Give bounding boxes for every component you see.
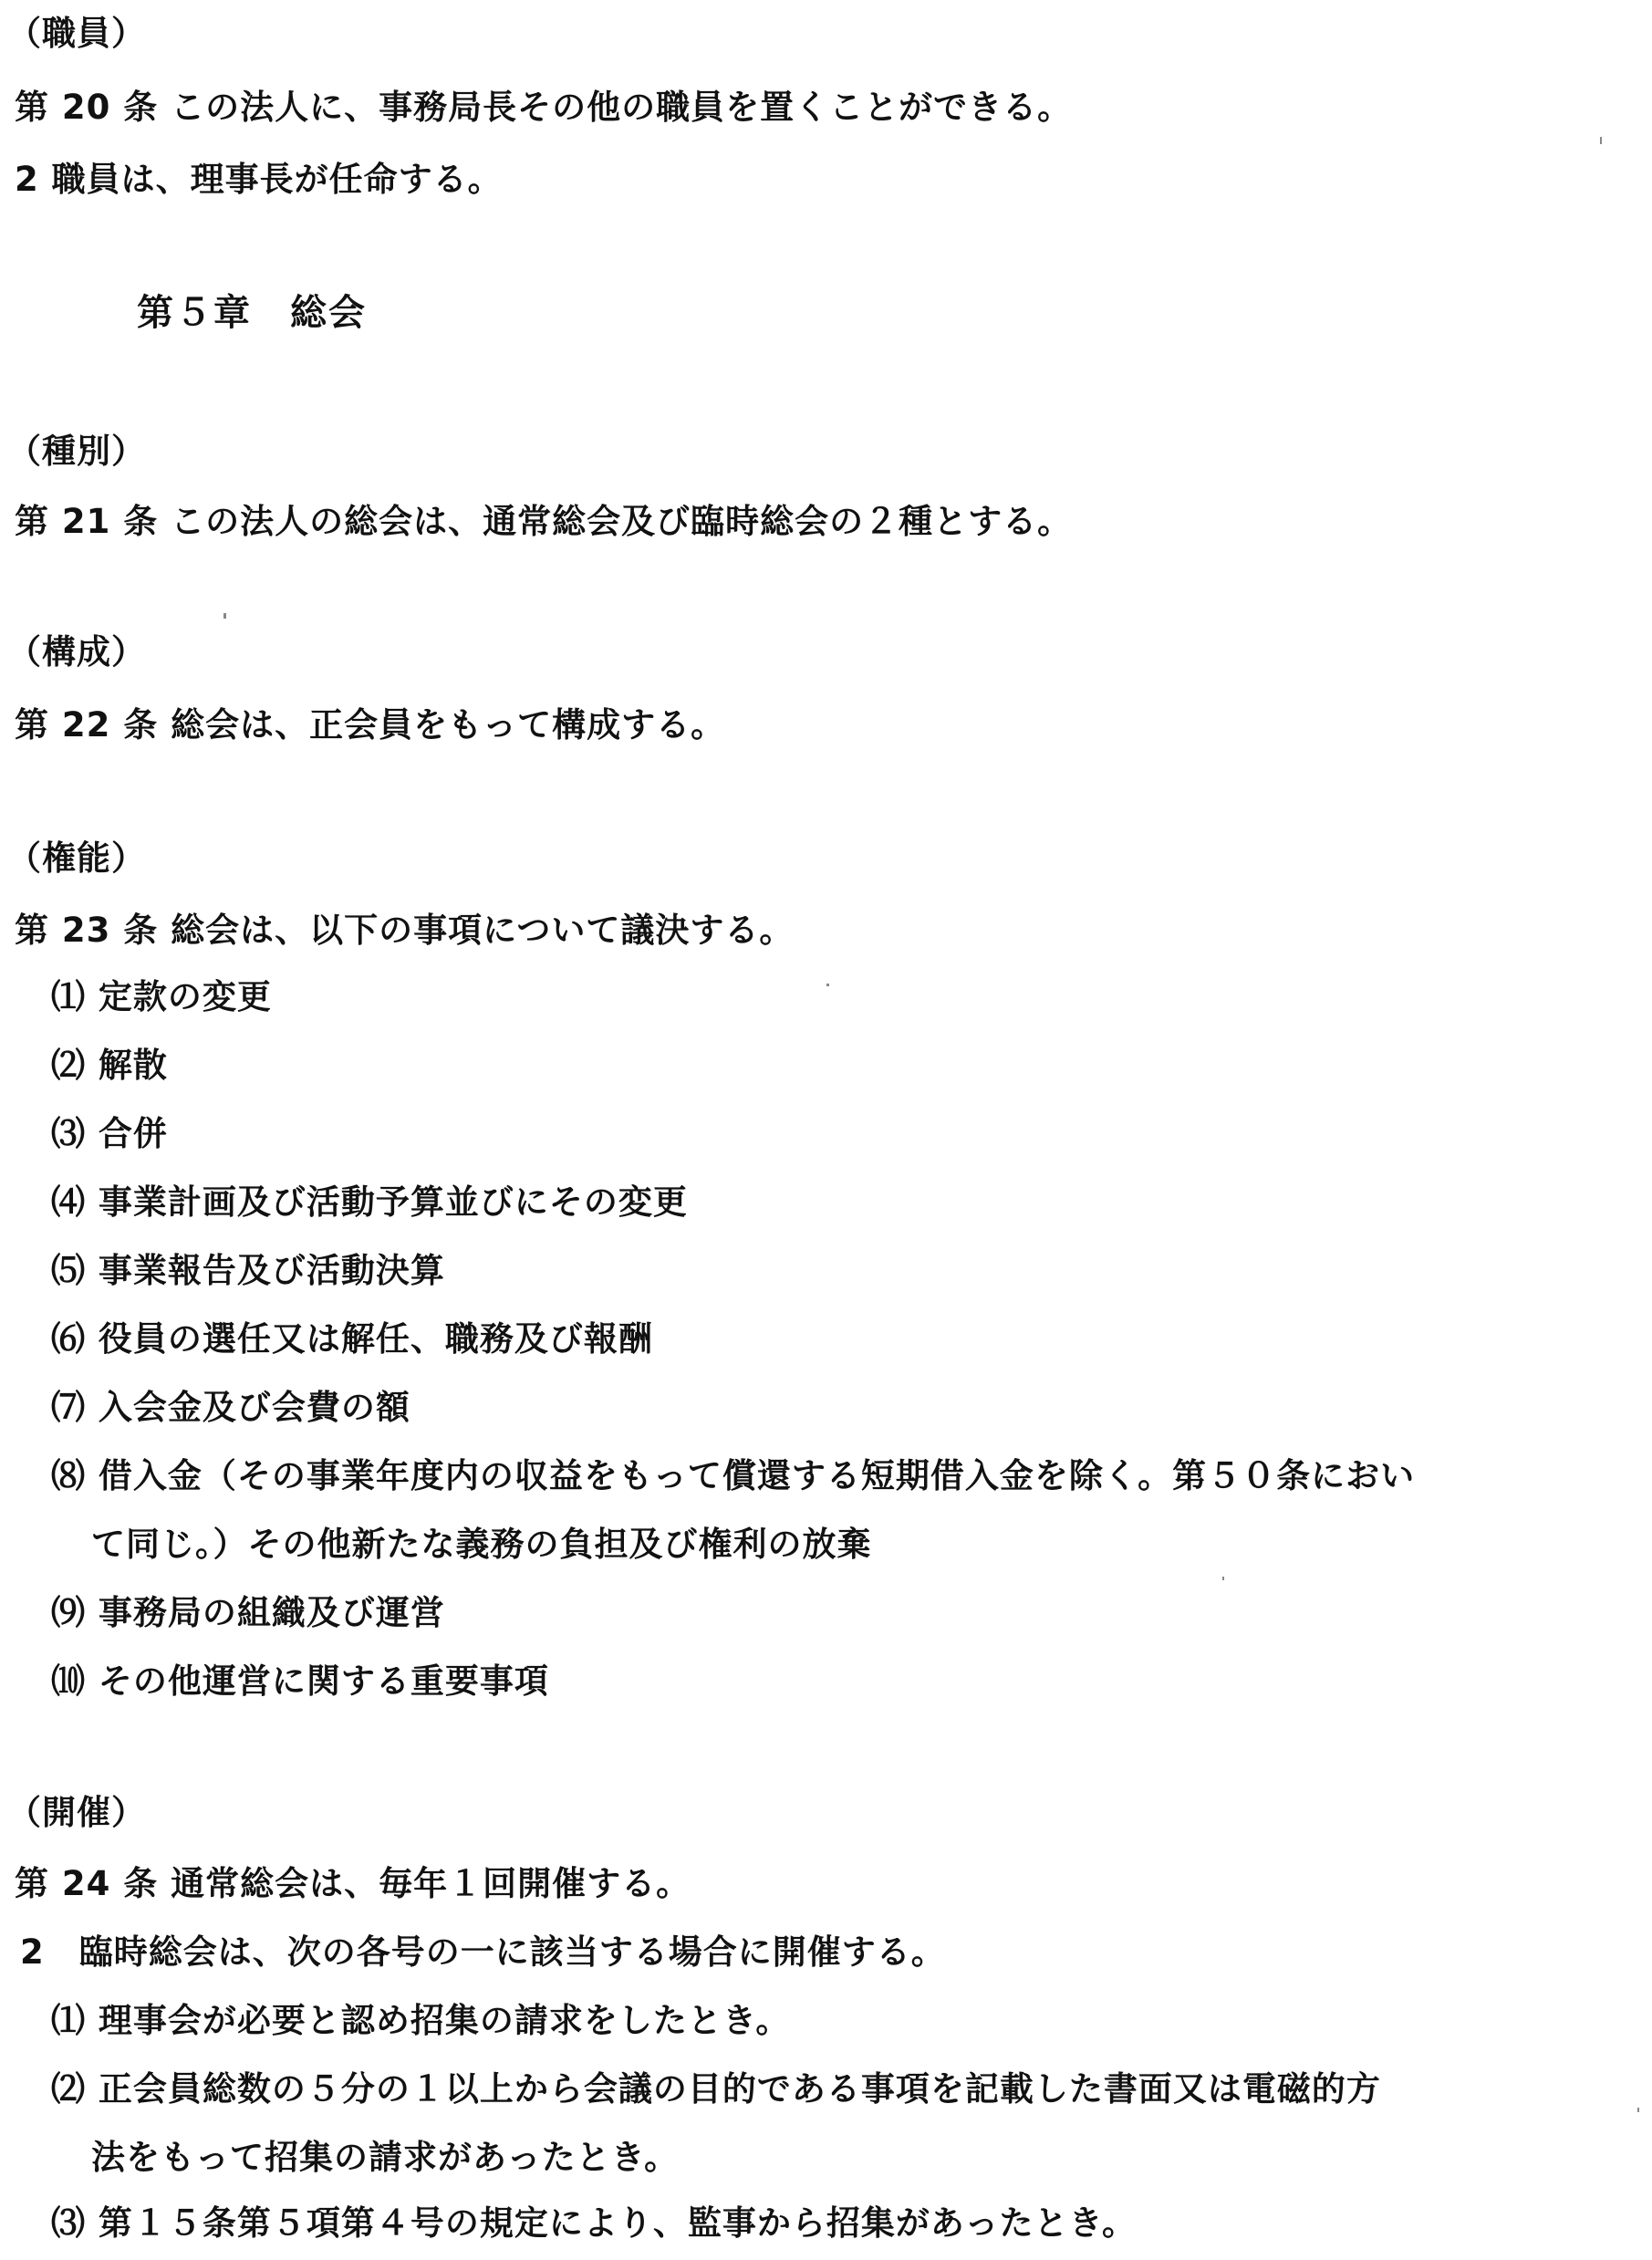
doc-line-caption: （構成） (7, 630, 146, 675)
doc-line-item: ⑸ 事業報告及び活動決算 (51, 1248, 445, 1294)
scan-speck (1637, 2108, 1639, 2112)
doc-line-item-cont: 法をもって招集の請求があったとき。 (91, 2135, 679, 2181)
doc-line-item: ⑴ 定款の変更 (51, 974, 272, 1020)
doc-line-paragraph: 2 臨時総会は、次の各号の一に該当する場合に開催する。 (20, 1930, 946, 1975)
doc-line-item: ⑵ 解散 (51, 1043, 168, 1088)
doc-line-chapter: 第５章 総会 (137, 290, 367, 336)
scan-speck (223, 613, 226, 619)
doc-line-article: 第 21 条 この法人の総会は、通常総会及び臨時総会の２種とする。 (15, 499, 1072, 545)
scan-speck (826, 984, 829, 986)
doc-line-caption: （職員） (7, 11, 146, 57)
doc-line-item: ⑺ 入会金及び会費の額 (51, 1385, 410, 1431)
doc-line-item: ⑹ 役員の選任又は解任、職務及び報酬 (51, 1317, 653, 1362)
doc-line-item: ⑶ 合併 (51, 1111, 168, 1157)
doc-line-caption: （開催） (7, 1790, 146, 1836)
doc-line-item: ⑻ 借入金（その事業年度内の収益をもって償還する短期借入金を除く。第５０条におい (51, 1453, 1415, 1499)
doc-line-item: ⑽ その他運営に関する重要事項 (51, 1659, 549, 1704)
doc-line-item: ⑵ 正会員総数の５分の１以上から会議の目的である事項を記載した書面又は電磁的方 (51, 2067, 1381, 2112)
doc-line-item-cont: て同じ。）その他新たな義務の負担及び権利の放棄 (91, 1522, 872, 1567)
doc-line-paragraph: 2 職員は、理事長が任命する。 (15, 157, 503, 203)
doc-line-article: 第 24 条 通常総会は、毎年１回開催する。 (15, 1861, 691, 1907)
doc-line-item: ⑷ 事業計画及び活動予算並びにその変更 (51, 1180, 688, 1225)
scan-speck (1600, 137, 1602, 144)
doc-line-article: 第 22 条 総会は、正会員をもって構成する。 (15, 703, 725, 748)
scan-speck (1222, 1577, 1224, 1580)
doc-line-article: 第 23 条 総会は、以下の事項について議決する。 (15, 908, 794, 953)
doc-line-item: ⑴ 理事会が必要と認め招集の請求をしたとき。 (51, 1998, 790, 2044)
doc-line-caption: （権能） (7, 836, 146, 881)
doc-line-article: 第 20 条 この法人に、事務局長その他の職員を置くことができる。 (15, 85, 1072, 130)
doc-line-item: ⑼ 事務局の組織及び運営 (51, 1590, 445, 1636)
doc-line-item: ⑶ 第１５条第５項第４号の規定により、監事から招集があったとき。 (51, 2201, 1137, 2246)
doc-line-caption: （種別） (7, 429, 146, 474)
